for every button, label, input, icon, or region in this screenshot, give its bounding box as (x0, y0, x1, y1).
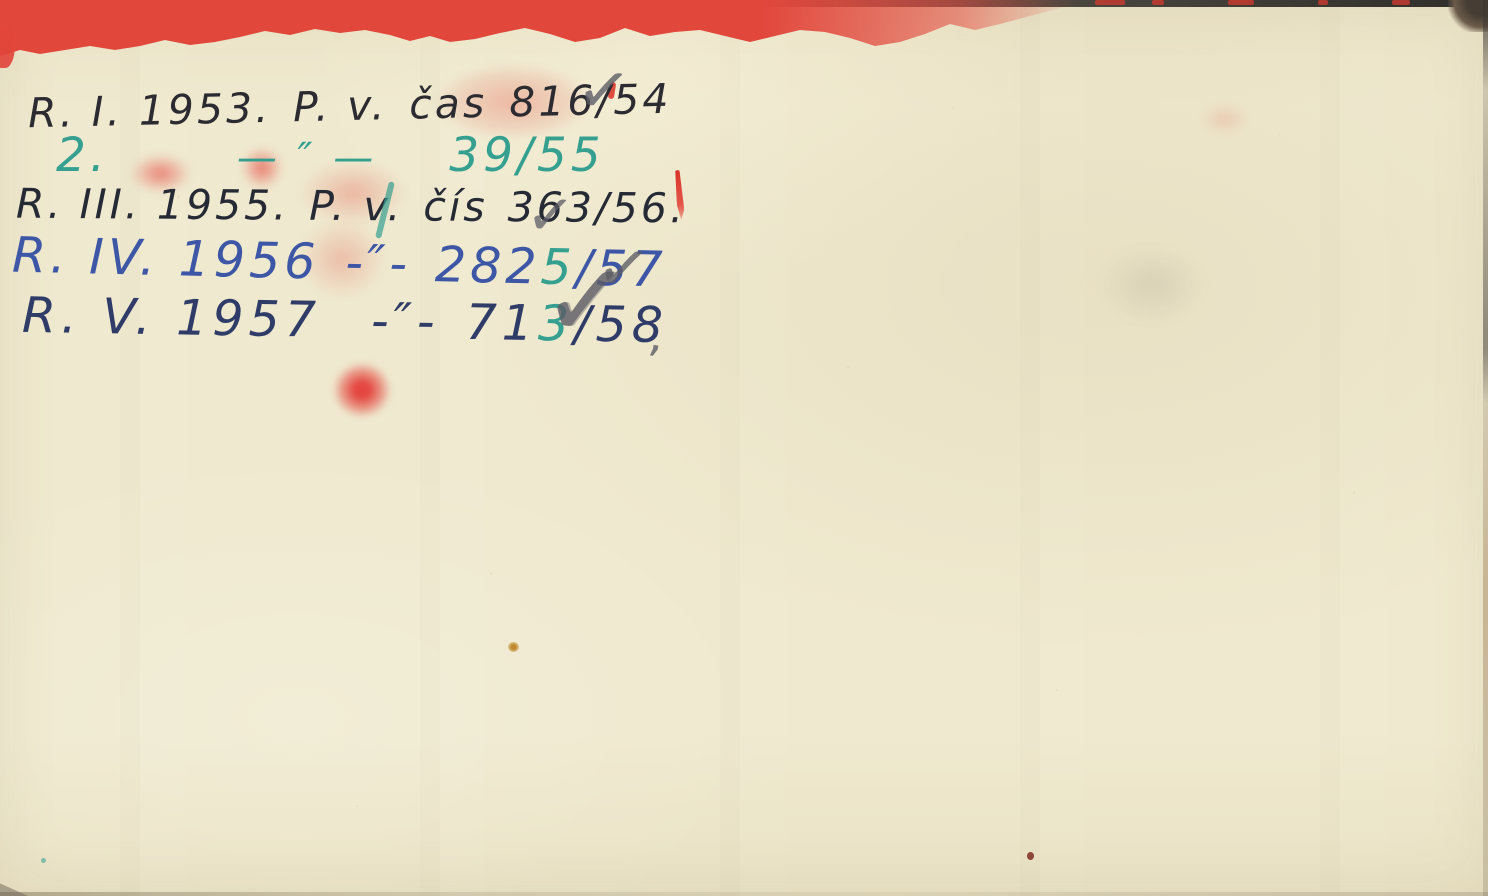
pencil-checkmark-icon: ✓ (572, 55, 635, 127)
red-paint-stripe (0, 0, 1090, 58)
row-label: P. v. (293, 81, 388, 131)
teal-speck (41, 858, 46, 863)
red-fleck (1095, 0, 1125, 5)
red-ink-smudge (1190, 96, 1260, 142)
red-ink-blob (322, 352, 402, 428)
red-fleck (1152, 0, 1164, 5)
card-right-edge (1483, 0, 1488, 896)
red-fleck (1318, 0, 1328, 5)
red-fleck (1392, 0, 1410, 5)
ditto-mark: — ″ — (237, 135, 377, 181)
row-ref: 2. (56, 128, 109, 183)
pencil-checkmark-icon-large: ✓ (539, 246, 633, 357)
row-number: 39/55 (449, 128, 604, 183)
top-right-corner-smudge (1448, 0, 1488, 32)
row-ref: R. IV. 1956 (11, 227, 320, 291)
dark-red-speck (1027, 852, 1034, 860)
ditto-mark: -″- (345, 234, 412, 292)
row-ref: R. V. 1957 (22, 287, 322, 349)
red-paint-bleed-left-edge (0, 26, 15, 68)
row-word: čís (423, 183, 488, 231)
amber-stain (508, 642, 519, 652)
gray-smudge (1078, 230, 1228, 340)
registry-row-1955: R. III. 1955. P. v. čís 363/56. (16, 180, 686, 233)
red-fleck (1228, 0, 1254, 5)
row-ref: R. III. 1955. (16, 180, 290, 230)
ditto-mark: -″- (371, 292, 441, 350)
archival-index-card: R. I. 1953. P. v. čas 816/54 2. — ″ — 39… (0, 0, 1488, 896)
registry-row-1954: 2. — ″ — 39/55 (56, 128, 605, 183)
card-bottom-edge (0, 892, 1488, 896)
row-word: čas (409, 79, 488, 129)
